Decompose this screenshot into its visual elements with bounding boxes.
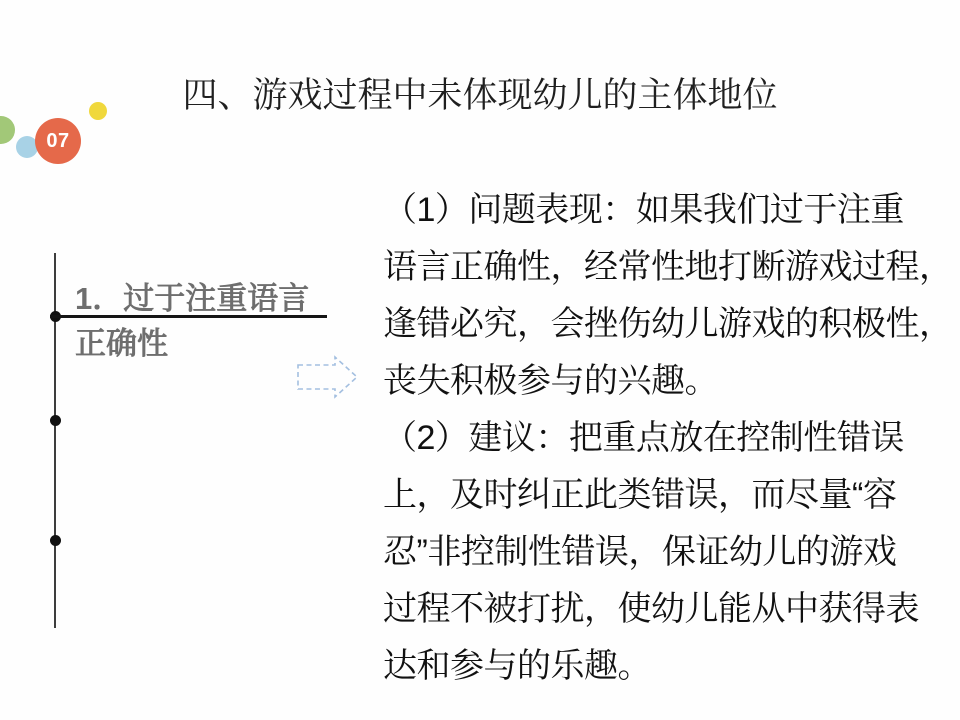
arrow-right-icon	[294, 354, 362, 400]
decorative-circle-green	[0, 116, 15, 144]
section-heading: 1．过于注重语言 正确性	[75, 276, 309, 366]
timeline-dot	[50, 415, 61, 426]
body-line: 逢错必究，会挫伤幼儿游戏的积极性，	[383, 296, 948, 353]
body-line: 上，及时纠正此类错误，而尽量“容	[383, 467, 948, 524]
section-heading-line1: 1．过于注重语言	[75, 276, 309, 321]
body-line: 过程不被打扰，使幼儿能从中获得表	[383, 581, 948, 638]
page-number-badge: 07	[35, 118, 81, 164]
body-line: 达和参与的乐趣。	[383, 638, 948, 695]
timeline-dot	[50, 535, 61, 546]
section-heading-line2: 正确性	[75, 321, 309, 366]
body-line: （1）问题表现：如果我们过于注重	[383, 182, 948, 239]
body-line: 忍”非控制性错误，保证幼儿的游戏	[383, 524, 948, 581]
body-line: 丧失积极参与的兴趣。	[383, 353, 948, 410]
body-line: （2）建议：把重点放在控制性错误	[383, 410, 948, 467]
page-number: 07	[46, 130, 69, 153]
body-text-block: （1）问题表现：如果我们过于注重 语言正确性，经常性地打断游戏过程， 逢错必究，…	[383, 182, 948, 695]
slide-title: 四、游戏过程中未体现幼儿的主体地位	[0, 68, 960, 118]
body-line: 语言正确性，经常性地打断游戏过程，	[383, 239, 948, 296]
slide-canvas: 07 四、游戏过程中未体现幼儿的主体地位 1．过于注重语言 正确性 （1）问题表…	[0, 0, 960, 720]
timeline-vertical-line	[54, 253, 56, 628]
